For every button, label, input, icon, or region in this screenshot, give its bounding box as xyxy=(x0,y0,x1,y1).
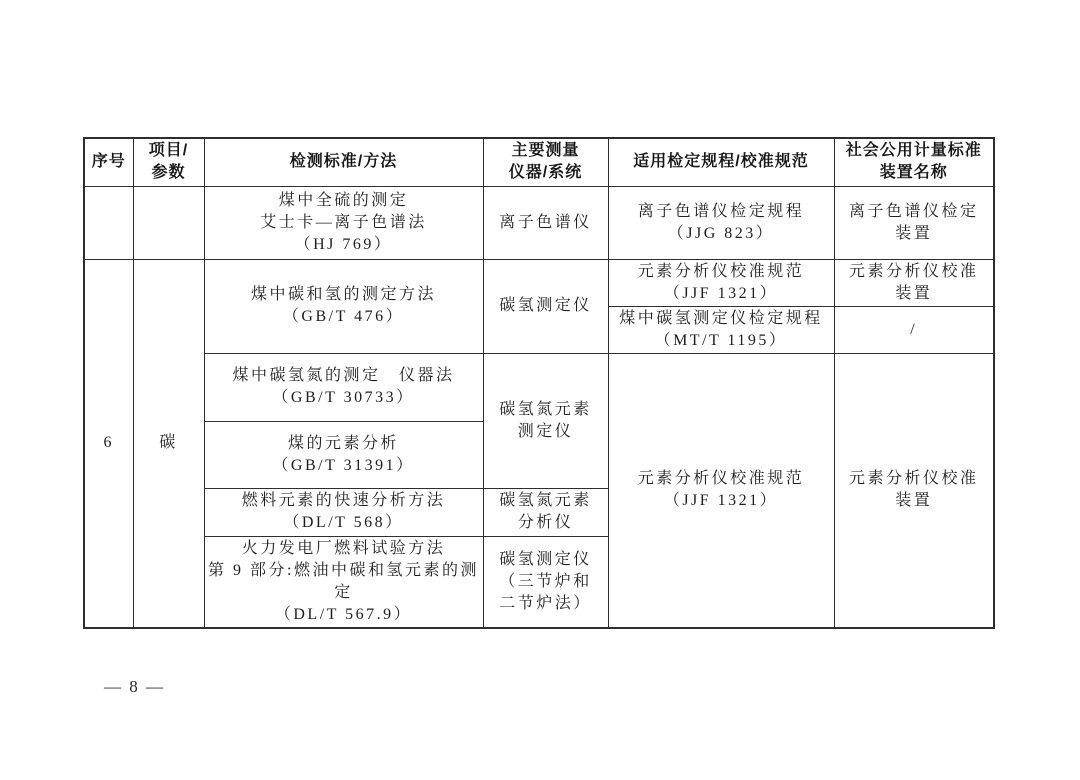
document-page: 序号 项目/ 参数 检测标准/方法 主要测量 仪器/系统 适用检定规程/校准规范… xyxy=(0,0,1080,780)
cell-serial-number-6: 6 xyxy=(84,259,133,628)
cell-r1-regulation: 离子色谱仪检定规程 （JJG 823） xyxy=(608,186,834,259)
table-row: 煤中碳氢氮的测定 仪器法 （GB/T 30733） 碳氢氮元素 测定仪 元素分析… xyxy=(84,353,994,421)
table-header-row: 序号 项目/ 参数 检测标准/方法 主要测量 仪器/系统 适用检定规程/校准规范… xyxy=(84,138,994,186)
header-serial-number: 序号 xyxy=(84,138,133,186)
table-row: 6 碳 煤中碳和氢的测定方法 （GB/T 476） 碳氢测定仪 元素分析仪校准规… xyxy=(84,259,994,306)
header-test-standard-method: 检测标准/方法 xyxy=(204,138,483,186)
cell-r5-instrument: 碳氢氮元素 分析仪 xyxy=(483,488,608,536)
cell-r2-regulation-b: 煤中碳氢测定仪检定规程 （MT/T 1195） xyxy=(608,306,834,353)
cell-item-carbon: 碳 xyxy=(133,259,204,628)
header-public-standard-device: 社会公用计量标准 装置名称 xyxy=(834,138,994,186)
cell-r6-instrument: 碳氢测定仪 （三节炉和 二节炉法） xyxy=(483,536,608,628)
cell-r6-method: 火力发电厂燃料试验方法 第 9 部分:燃油中碳和氢元素的测定 （DL/T 567… xyxy=(204,536,483,628)
cell-r2-device-a: 元素分析仪校准 装置 xyxy=(834,259,994,306)
header-verification-regulation: 适用检定规程/校准规范 xyxy=(608,138,834,186)
cell-r3-instrument: 碳氢氮元素 测定仪 xyxy=(483,353,608,488)
cell-r2-instrument: 碳氢测定仪 xyxy=(483,259,608,353)
measurement-standards-table: 序号 项目/ 参数 检测标准/方法 主要测量 仪器/系统 适用检定规程/校准规范… xyxy=(83,137,995,629)
cell-r2-method: 煤中碳和氢的测定方法 （GB/T 476） xyxy=(204,259,483,353)
cell-r2-device-b: / xyxy=(834,306,994,353)
cell-r3-method: 煤中碳氢氮的测定 仪器法 （GB/T 30733） xyxy=(204,353,483,421)
header-item-parameter: 项目/ 参数 xyxy=(133,138,204,186)
header-main-instrument: 主要测量 仪器/系统 xyxy=(483,138,608,186)
cell-r1-method: 煤中全硫的测定 艾士卡—离子色谱法 （HJ 769） xyxy=(204,186,483,259)
cell-r2-regulation-a: 元素分析仪校准规范 （JJF 1321） xyxy=(608,259,834,306)
cell-r1-device: 离子色谱仪检定 装置 xyxy=(834,186,994,259)
cell-r4-method: 煤的元素分析 （GB/T 31391） xyxy=(204,421,483,488)
cell-r1-item-empty xyxy=(133,186,204,259)
cell-r5-method: 燃料元素的快速分析方法 （DL/T 568） xyxy=(204,488,483,536)
page-number: — 8 — xyxy=(104,677,165,697)
cell-r3-regulation: 元素分析仪校准规范 （JJF 1321） xyxy=(608,353,834,628)
cell-r1-instrument: 离子色谱仪 xyxy=(483,186,608,259)
table-row: 煤中全硫的测定 艾士卡—离子色谱法 （HJ 769） 离子色谱仪 离子色谱仪检定… xyxy=(84,186,994,259)
cell-r1-index-empty xyxy=(84,186,133,259)
cell-r3-device: 元素分析仪校准 装置 xyxy=(834,353,994,628)
